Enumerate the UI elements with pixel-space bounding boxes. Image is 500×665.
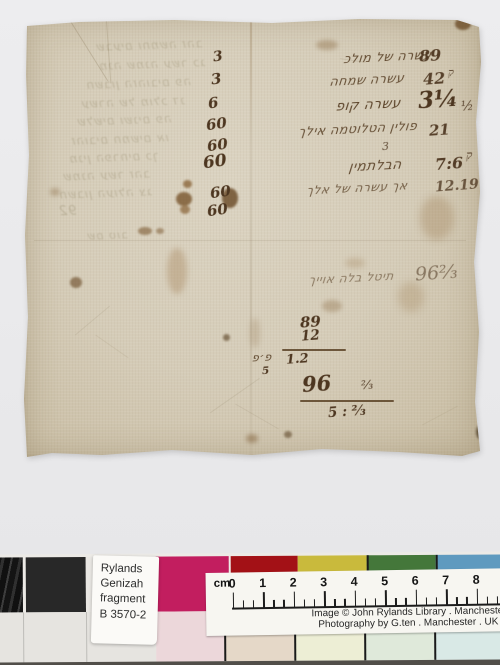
- ruler-cm-tick: [293, 592, 295, 608]
- ink-stain: [183, 180, 192, 188]
- column-number: 3: [212, 48, 224, 65]
- ruler-sub-tick: [395, 598, 397, 606]
- column-number: 3: [210, 69, 223, 88]
- account-line-suffix: ק: [465, 148, 472, 163]
- ruler-sub-tick: [344, 599, 346, 607]
- ink-stain: [250, 318, 260, 348]
- ink-stain: [156, 228, 164, 234]
- calc-result: 96: [301, 370, 332, 397]
- ruler-sub-tick: [405, 598, 407, 606]
- account-line-text: הבלתמין: [348, 157, 403, 176]
- ink-stain: [176, 192, 192, 206]
- ruler-number: 4: [351, 575, 358, 589]
- manuscript-fragment: תיטל בלה אוייך 96⅔ 89 12 1.2 פ׳פ 5 96 ⅔ …: [24, 17, 481, 457]
- ruler-sub-tick: [487, 597, 489, 605]
- ruler-number: 5: [381, 574, 388, 588]
- column-number: 60: [202, 150, 228, 173]
- ruler-number: 8: [473, 573, 480, 587]
- ruler-number: 3: [320, 575, 327, 589]
- black-patch: [26, 557, 86, 612]
- bleedthrough-text: מנין הפרחים כך: [69, 148, 160, 165]
- column-number: 60: [206, 200, 229, 221]
- ruler-sub-tick: [375, 598, 377, 606]
- ruler-sub-tick: [497, 596, 499, 604]
- calc-final: 5 : ⅔: [327, 403, 366, 422]
- account-line-suffix: ½: [460, 99, 474, 115]
- summary-line-text: תיטל בלה אוייך: [308, 269, 395, 287]
- bleedthrough-text: זהובים חמשים או: [71, 130, 170, 147]
- calc-rule-line-2: [300, 400, 394, 402]
- white-tint-patch: [0, 612, 23, 662]
- ruler-sub-tick: [304, 599, 306, 607]
- ink-stain: [167, 248, 187, 294]
- ruler-sub-tick: [436, 597, 438, 605]
- ruler-number: 1: [259, 576, 266, 590]
- summary-line-value: 96⅔: [414, 261, 458, 286]
- manuscript-wrapper: תיטל בלה אוייך 96⅔ 89 12 1.2 פ׳פ 5 96 ⅔ …: [24, 17, 481, 457]
- account-line-suffix: 3: [382, 140, 390, 153]
- ruler-cm-tick: [324, 591, 326, 607]
- shelfmark-line: fragment: [100, 592, 158, 609]
- ink-stain: [316, 40, 338, 50]
- calc-interim: 1.2: [286, 351, 310, 368]
- ruler-cm-tick: [263, 592, 265, 608]
- column-number: 60: [205, 114, 228, 135]
- account-line-suffix: ק: [448, 66, 455, 79]
- shelfmark-line: B 3570-2: [99, 607, 157, 624]
- ink-stain: [138, 227, 152, 235]
- account-line-text: אך עשרה של אלך: [306, 178, 409, 197]
- account-line-text: עשרה שמחה: [329, 70, 406, 89]
- ink-stain: [223, 334, 230, 341]
- ruler-sub-tick: [243, 600, 245, 608]
- calc-side-note: פ׳פ: [251, 350, 273, 364]
- bleedthrough-text: עשרה של מולכ דנ: [81, 93, 186, 111]
- ink-stain: [50, 188, 60, 196]
- ink-stain: [70, 277, 82, 288]
- calc-side-note-2: 5: [262, 365, 270, 377]
- bleedthrough-text: 92: [58, 204, 77, 220]
- crease-mark: [75, 306, 110, 336]
- ink-stain: [345, 258, 365, 268]
- account-line-value: 7:6: [434, 153, 463, 174]
- ruler-sub-tick: [314, 599, 316, 607]
- ruler-cm-tick: [446, 589, 448, 605]
- account-line-text: עשרה קופ: [335, 95, 402, 114]
- ink-stain: [420, 196, 454, 240]
- white-tint-patch: [23, 612, 86, 662]
- account-line-value: 21: [428, 120, 450, 139]
- calc-denominator: 12: [300, 327, 320, 344]
- black-patch-scuffed: [0, 557, 23, 612]
- ink-stain: [246, 434, 258, 443]
- photograph-canvas: תיטל בלה אוייך 96⅔ 89 12 1.2 פ׳פ 5 96 ⅔ …: [0, 0, 500, 665]
- ruler-cm-tick: [354, 591, 356, 607]
- ruler-cm-tick: [232, 593, 234, 609]
- ink-stain: [284, 431, 292, 438]
- shelfmark-line: Rylands: [101, 561, 159, 578]
- ink-stain: [455, 18, 471, 30]
- ruler-cm-tick: [476, 589, 478, 605]
- crease-mark: [235, 404, 279, 430]
- bleedthrough-text: שם טוב: [87, 228, 129, 242]
- calc-result-fraction: ⅔: [360, 377, 373, 393]
- ink-stain: [476, 425, 484, 439]
- cm-ruler: cm Image © John Rylands Library . Manche…: [206, 568, 500, 636]
- account-line-value: 3¼: [417, 85, 459, 115]
- ruler-sub-tick: [456, 597, 458, 605]
- calc-rule-line: [282, 349, 346, 351]
- crease-mark: [210, 378, 260, 413]
- ruler-number: 6: [412, 574, 419, 588]
- account-line-value: 89: [418, 45, 442, 66]
- ruler-number: 7: [442, 573, 449, 587]
- ink-stain: [322, 300, 342, 312]
- ink-stain: [398, 282, 424, 312]
- bleedthrough-text: חשבון העולה צג: [59, 184, 153, 201]
- ruler-sub-tick: [466, 597, 468, 605]
- bleedthrough-text: שבעים וחמשה זהב: [96, 36, 203, 54]
- crease-mark: [95, 335, 128, 359]
- column-number: 6: [207, 93, 220, 112]
- account-line-value: 12.19: [434, 176, 479, 195]
- ruler-sub-tick: [426, 598, 428, 606]
- ruler-cm-tick: [415, 590, 417, 606]
- ruler-sub-tick: [273, 600, 275, 608]
- vertical-fold-crease: [250, 17, 252, 457]
- ruler-sub-tick: [283, 600, 285, 608]
- crease-mark: [422, 406, 458, 426]
- ruler-sub-tick: [334, 599, 336, 607]
- bleedthrough-text: חשבון הזהובים פה: [86, 74, 192, 92]
- ruler-sub-tick: [253, 600, 255, 608]
- ruler-sub-tick: [365, 598, 367, 606]
- bleedthrough-text: שמנה עשר זהב: [63, 166, 151, 183]
- column-number: 60: [209, 182, 232, 203]
- ruler-number: 2: [290, 576, 297, 590]
- ruler-cm-tick: [385, 590, 387, 606]
- ink-stain: [180, 205, 190, 214]
- shelfmark-label: Rylands Genizah fragment B 3570-2: [91, 555, 159, 645]
- bleedthrough-text: שלשים ושנים פה: [77, 111, 173, 128]
- ruler-number: 0: [229, 577, 236, 591]
- shelfmark-line: Genizah: [100, 577, 158, 594]
- bleedthrough-text: מנה שמנה עשר כג: [99, 55, 206, 73]
- account-line-text: פולין הטלוטמה אילך: [298, 118, 419, 139]
